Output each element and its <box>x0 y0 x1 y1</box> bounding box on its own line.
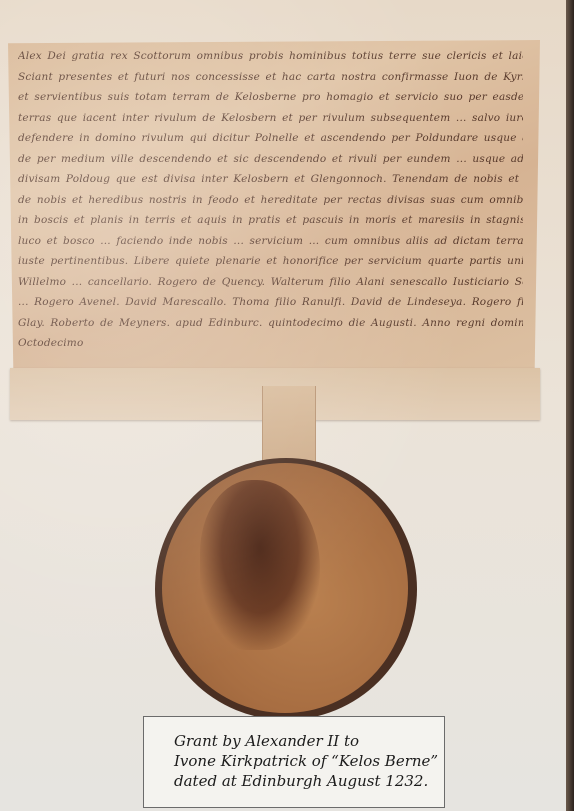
charter-line: terras que iacent inter rivulum de Kelos… <box>18 108 523 129</box>
charter-line: divisam Poldoug que est divisa inter Kel… <box>18 169 523 190</box>
frame-edge <box>566 0 574 811</box>
charter-line: Alex Dei gratia rex Scottorum omnibus pr… <box>18 46 523 67</box>
charter-line: in boscis et planis in terris et aquis i… <box>18 210 523 231</box>
caption-line-1: Grant by Alexander II to <box>174 731 434 751</box>
charter-line: Octodecimo <box>18 333 523 354</box>
charter-line: luco et bosco ... faciendo inde nobis ..… <box>18 231 523 252</box>
charter-line: ... Rogero Avenel. David Marescallo. Tho… <box>18 292 523 313</box>
charter-line: iuste pertinentibus. Libere quiete plena… <box>18 251 523 272</box>
charter-line: et servientibus suis totam terram de Kel… <box>18 87 523 108</box>
charter-text: Alex Dei gratia rex Scottorum omnibus pr… <box>18 46 523 354</box>
charter-line: de nobis et heredibus nostris in feodo e… <box>18 190 523 211</box>
charter-line: Willelmo ... cancellario. Rogero de Quen… <box>18 272 523 293</box>
seal-tag <box>262 386 316 462</box>
charter-line: de per medium ville descendendo et sic d… <box>18 149 523 170</box>
caption-line-2: Ivone Kirkpatrick of “Kelos Berne” <box>174 751 434 771</box>
caption-card: Grant by Alexander II to Ivone Kirkpatri… <box>143 716 445 808</box>
charter-line: defendere in domino rivulum qui dicitur … <box>18 128 523 149</box>
charter-line: Sciant presentes et futuri nos concessis… <box>18 67 523 88</box>
caption-line-3: dated at Edinburgh August 1232. <box>174 771 434 791</box>
charter-line: Glay. Roberto de Meyners. apud Edinburc.… <box>18 313 523 334</box>
